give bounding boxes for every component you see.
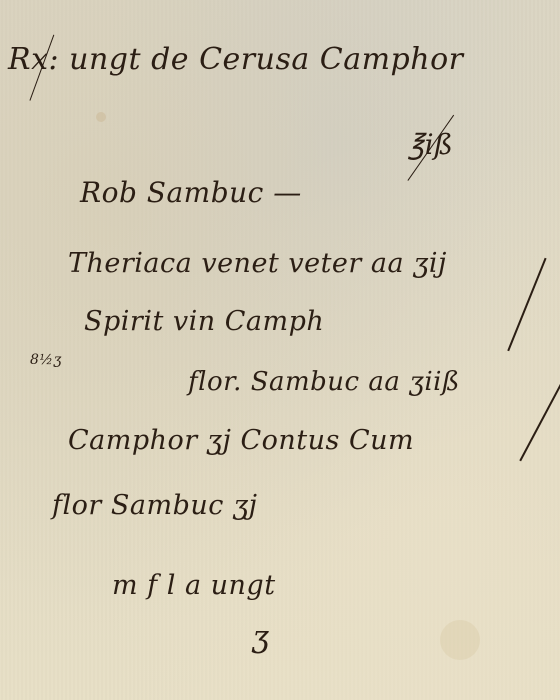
instruction-mfla-ungt: m f l a ungt bbox=[112, 570, 276, 601]
ingredient-flor-sambuc: flor. Sambuc aa ʒiiß bbox=[188, 367, 460, 397]
ingredient-flor-sambuc-2: flor Sambuc ʒj bbox=[52, 490, 258, 521]
ingredient-theriaca: Theriaca venet veter aa ʒij bbox=[68, 248, 447, 279]
closing-mark: ʒ bbox=[252, 620, 269, 655]
ingredient-rob-sambuc: Rob Sambuc — bbox=[80, 176, 302, 209]
paper-stain bbox=[96, 112, 106, 122]
ingredient-spirit-camph: Spirit vin Camph bbox=[84, 306, 324, 337]
recipe-title-line: Rx: ungt de Cerusa Camphor bbox=[8, 42, 464, 77]
manuscript-page: Rx: ungt de Cerusa Camphor ℥iß Rob Sambu… bbox=[0, 0, 560, 700]
bracket-stroke bbox=[519, 381, 560, 461]
ingredient-camphor: Camphor ʒj Contus Cum bbox=[68, 425, 414, 456]
margin-note: 8½ʒ bbox=[30, 352, 62, 368]
bracket-stroke bbox=[507, 258, 546, 351]
quantity-ounce-half: ℥iß bbox=[408, 128, 453, 161]
paper-stain bbox=[440, 620, 480, 660]
